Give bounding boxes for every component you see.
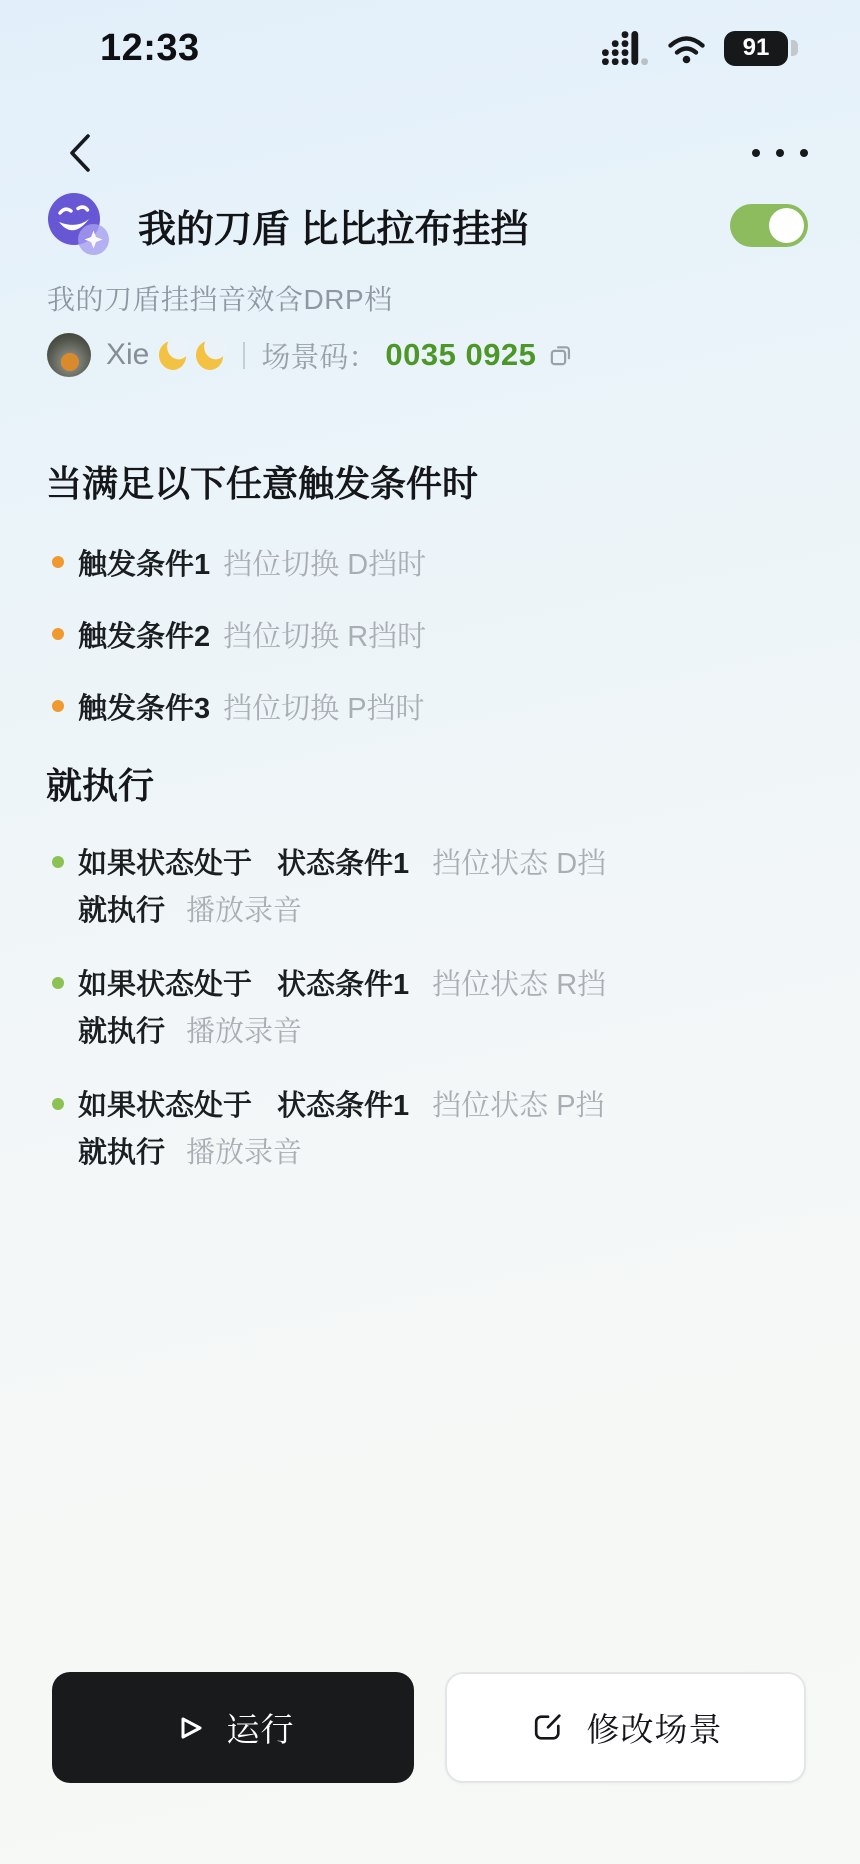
back-button[interactable] [58, 128, 102, 178]
trigger-bullet-icon [52, 556, 64, 568]
action-item: 如果状态处于 状态条件1 挡位状态 R挡 就执行 播放录音 [52, 959, 606, 1053]
battery-cap [791, 40, 798, 56]
battery-percent: 91 [724, 31, 788, 66]
action-condition-line: 如果状态处于 状态条件1 挡位状态 P挡 [52, 1080, 605, 1127]
more-ellipsis-icon [776, 149, 784, 157]
run-button-label: 运行 [227, 1704, 295, 1751]
clock: 12:33 [100, 27, 200, 70]
trigger-row: 触发条件1 挡位切换 D挡时 [52, 540, 426, 584]
condition-desc: 挡位状态 R挡 [432, 962, 606, 1003]
trigger-desc: 挡位切换 P挡时 [223, 686, 424, 727]
play-outline-icon [172, 1711, 206, 1745]
more-ellipsis-icon [752, 149, 760, 157]
moon-face-icon [156, 338, 189, 373]
winking-face-star-badge-icon [46, 192, 112, 258]
action-exec-line: 就执行 播放录音 [78, 1006, 606, 1053]
then-label: 就执行 [78, 1009, 165, 1050]
status-bar: 12:33 91 [0, 24, 860, 72]
copy-icon [548, 343, 573, 368]
compose-edit-icon [529, 1709, 566, 1746]
action-desc: 播放录音 [186, 1009, 302, 1050]
back-chevron-icon [67, 132, 93, 174]
condition-desc: 挡位状态 P挡 [432, 1083, 604, 1124]
scene-enabled-toggle[interactable] [730, 204, 808, 247]
copy-scene-code-button[interactable] [548, 343, 573, 368]
action-condition-line: 如果状态处于 状态条件1 挡位状态 D挡 [52, 838, 606, 885]
then-label: 就执行 [78, 1130, 165, 1171]
moon-face-icon [193, 338, 226, 373]
action-condition-line: 如果状态处于 状态条件1 挡位状态 R挡 [52, 959, 606, 1006]
scene-title: 我的刀盾 比比拉布挂挡 [138, 198, 730, 253]
action-bullet-icon [52, 977, 64, 989]
scene-detail-screen: 12:33 91 [0, 0, 860, 1864]
trigger-label: 触发条件2 [78, 614, 210, 655]
if-label: 如果状态处于 [78, 962, 252, 1003]
more-ellipsis-icon [800, 149, 808, 157]
scene-description: 我的刀盾挂挡音效含DRP档 [47, 278, 393, 318]
if-label: 如果状态处于 [78, 841, 252, 882]
status-icons: 91 [602, 31, 798, 66]
edit-scene-button-label: 修改场景 [587, 1704, 723, 1751]
condition-name: 状态条件1 [277, 841, 409, 882]
owner-avatar [47, 333, 91, 377]
action-item: 如果状态处于 状态条件1 挡位状态 P挡 就执行 播放录音 [52, 1080, 605, 1174]
trigger-desc: 挡位切换 D挡时 [223, 542, 426, 583]
actions-heading: 就执行 [46, 758, 154, 809]
run-button[interactable]: 运行 [52, 1672, 414, 1783]
action-bullet-icon [52, 856, 64, 868]
condition-desc: 挡位状态 D挡 [432, 841, 606, 882]
action-bullet-icon [52, 1098, 64, 1110]
scene-code-value: 0035 0925 [385, 337, 536, 373]
trigger-label: 触发条件3 [78, 686, 210, 727]
condition-name: 状态条件1 [277, 1083, 409, 1124]
battery-icon: 91 [724, 31, 798, 66]
trigger-row: 触发条件3 挡位切换 P挡时 [52, 684, 425, 728]
triggers-heading: 当满足以下任意触发条件时 [46, 456, 478, 507]
then-label: 就执行 [78, 888, 165, 929]
signal-dots-icon [602, 31, 649, 65]
action-exec-line: 就执行 播放录音 [78, 885, 606, 932]
action-desc: 播放录音 [186, 1130, 302, 1171]
owner-name: Xie [106, 338, 149, 372]
action-item: 如果状态处于 状态条件1 挡位状态 D挡 就执行 播放录音 [52, 838, 606, 932]
condition-name: 状态条件1 [277, 962, 409, 1003]
trigger-label: 触发条件1 [78, 542, 210, 583]
action-desc: 播放录音 [186, 888, 302, 929]
owner-row: Xie 场景码： 0035 0925 [47, 332, 573, 378]
if-label: 如果状态处于 [78, 1083, 252, 1124]
divider [243, 342, 245, 369]
wifi-icon [666, 33, 707, 64]
trigger-row: 触发条件2 挡位切换 R挡时 [52, 612, 426, 656]
trigger-bullet-icon [52, 700, 64, 712]
scene-header: 我的刀盾 比比拉布挂挡 [46, 190, 814, 260]
action-exec-line: 就执行 播放录音 [78, 1127, 605, 1174]
more-options-button[interactable] [752, 138, 808, 168]
scene-code-label: 场景码： [261, 335, 377, 376]
trigger-desc: 挡位切换 R挡时 [223, 614, 426, 655]
toggle-knob [769, 208, 804, 243]
edit-scene-button[interactable]: 修改场景 [445, 1672, 806, 1783]
trigger-bullet-icon [52, 628, 64, 640]
